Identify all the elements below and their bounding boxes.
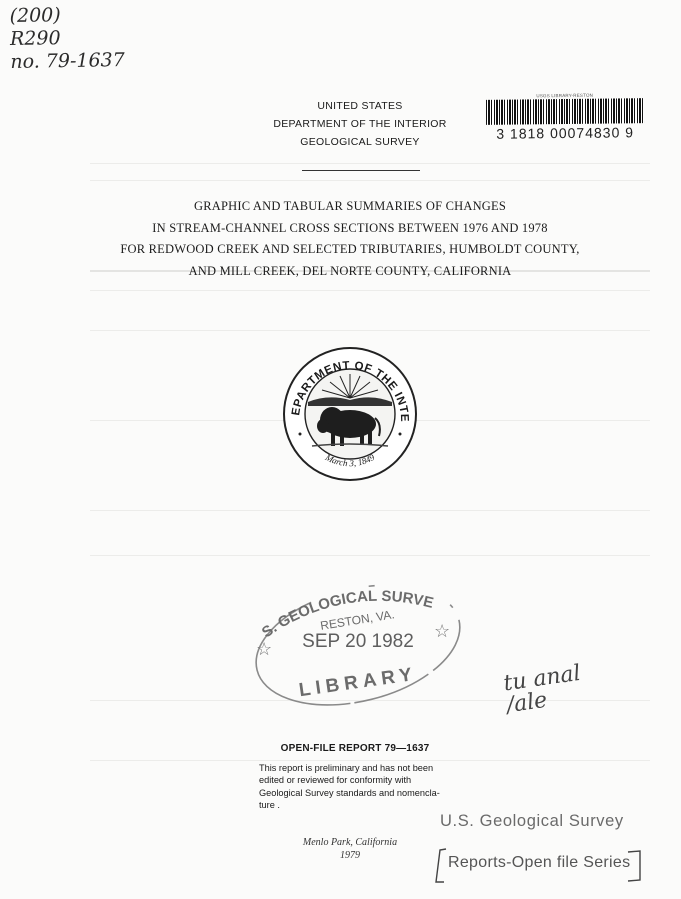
star-icon: ☆ — [434, 621, 450, 641]
barcode-number: 3 1818 00074830 9 — [480, 124, 650, 142]
open-file-report-number: OPEN-FILE REPORT 79—1637 — [260, 743, 450, 754]
bleed-through-line — [90, 290, 650, 291]
star-icon: ☆ — [256, 639, 272, 659]
series-stamp-text: Reports-Open file Series — [448, 854, 630, 872]
agency-line: GEOLOGICAL SURVEY — [260, 133, 460, 151]
agency-header: UNITED STATES DEPARTMENT OF THE INTERIOR… — [260, 97, 460, 151]
report-title: GRAPHIC AND TABULAR SUMMARIES OF CHANGES… — [100, 196, 600, 282]
bleed-through-line — [90, 510, 650, 511]
title-line: AND MILL CREEK, DEL NORTE COUNTY, CALIFO… — [100, 261, 600, 283]
disclaimer-line: ture . — [259, 799, 474, 811]
call-number-line: (200) — [9, 3, 124, 28]
stamp-date: SEP 20 1982 — [302, 631, 414, 652]
publication-city: Menlo Park, California — [290, 836, 410, 849]
call-number-line: no. 79-1637 — [10, 49, 125, 74]
disclaimer-line: This report is preliminary and has not b… — [259, 762, 474, 774]
document-page: (200) R290 no. 79-1637 UNITED STATES DEP… — [0, 0, 681, 899]
title-line: FOR REDWOOD CREEK AND SELECTED TRIBUTARI… — [100, 239, 600, 261]
handwritten-margin-note: tu anal /ale — [502, 663, 585, 717]
agency-line: DEPARTMENT OF THE INTERIOR — [260, 115, 460, 133]
call-number-line: R290 — [10, 26, 125, 51]
preliminary-disclaimer: This report is preliminary and has not b… — [259, 762, 474, 811]
interior-department-seal: U.S. DEPARTMENT OF THE INTERIOR March 3,… — [282, 346, 418, 482]
bleed-through-line — [90, 163, 650, 164]
library-received-stamp: U. S. GEOLOGICAL SURVEY RESTON, VA. SEP … — [248, 583, 468, 713]
title-line: IN STREAM-CHANNEL CROSS SECTIONS BETWEEN… — [100, 218, 600, 240]
handwritten-call-number: (200) R290 no. 79-1637 — [9, 3, 125, 74]
bleed-through-line — [90, 760, 650, 761]
series-catalog-stamp: Reports-Open file Series — [432, 846, 646, 882]
stamp-bottom-text: LIBRARY — [298, 664, 419, 701]
bleed-through-line — [90, 180, 650, 181]
library-barcode: USGS LIBRARY-RESTON 3 1818 00074830 9 — [480, 92, 651, 146]
usgs-catalog-stamp: U.S. Geological Survey — [440, 812, 624, 831]
publication-place: Menlo Park, California 1979 — [290, 836, 410, 862]
agency-line: UNITED STATES — [260, 97, 460, 115]
title-line: GRAPHIC AND TABULAR SUMMARIES OF CHANGES — [100, 196, 600, 218]
bleed-through-line — [90, 555, 650, 556]
title-divider — [302, 170, 420, 171]
bleed-through-line — [90, 330, 650, 331]
disclaimer-line: edited or reviewed for conformity with — [259, 774, 474, 786]
publication-year: 1979 — [290, 849, 410, 862]
barcode-bars — [486, 98, 644, 125]
disclaimer-line: Geological Survey standards and nomencla… — [259, 787, 474, 799]
